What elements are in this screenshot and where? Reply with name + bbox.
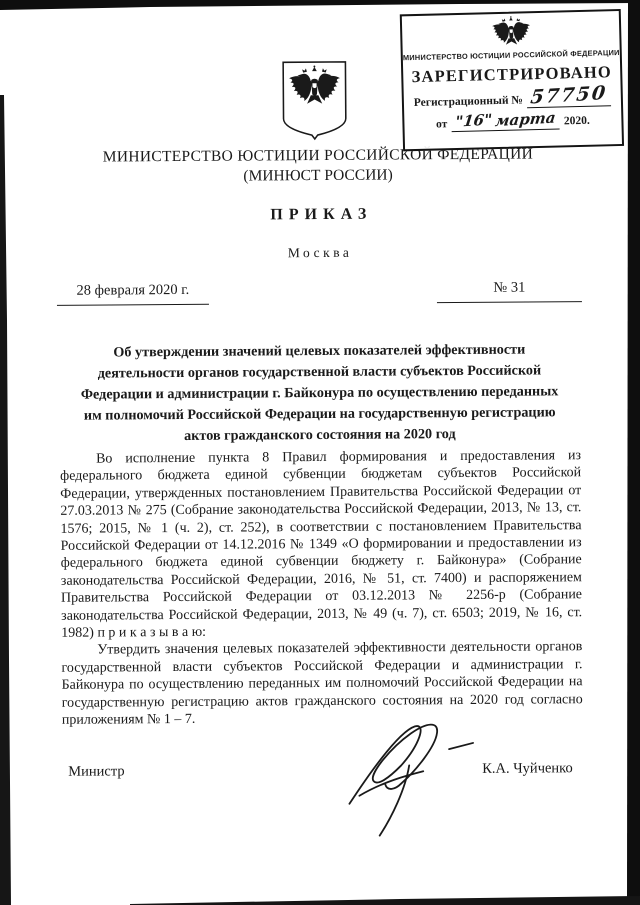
body-paragraph-1: Во исполнение пункта 8 Правил формирован… xyxy=(60,447,582,642)
header-title-block: МИНИСТЕРСТВО ЮСТИЦИИ РОССИЙСКОЙ ФЕДЕРАЦИ… xyxy=(28,145,608,187)
stamp-ministry-line: МИНИСТЕРСТВО ЮСТИЦИИ РОССИЙСКОЙ ФЕДЕРАЦИ… xyxy=(403,48,620,62)
stamp-registration-number-row: Регистрационный № 57750 xyxy=(404,85,621,111)
stamp-date-row: от "16" марта 2020. xyxy=(404,109,621,133)
registration-stamp: МИНИСТЕРСТВО ЮСТИЦИИ РОССИЙСКОЙ ФЕДЕРАЦИ… xyxy=(400,9,624,151)
stamp-eagle-icon xyxy=(489,14,532,49)
city-label: Москва xyxy=(29,243,609,263)
coat-of-arms-icon xyxy=(278,58,351,145)
subject-line: им полномочий Российской Федерации на го… xyxy=(42,402,598,427)
body-text: Во исполнение пункта 8 Правил формирован… xyxy=(60,447,583,729)
signature-scribble xyxy=(337,713,488,842)
signer-name: К.А. Чуйченко xyxy=(482,760,573,778)
document-page: МИНИСТЕРСТВО ЮСТИЦИИ РОССИЙСКОЙ ФЕДЕРАЦИ… xyxy=(0,0,640,905)
stamp-reg-number-value: 57750 xyxy=(527,85,612,108)
document-type-title: ПРИКАЗ xyxy=(28,204,608,226)
document-number: № 31 xyxy=(437,279,582,303)
stamp-reg-number-label: Регистрационный № xyxy=(414,93,523,111)
subject-heading: Об утверждении значений целевых показате… xyxy=(41,339,598,448)
ministry-short-name: (МИНЮСТ РОССИИ) xyxy=(28,165,608,187)
body-paragraph-2: Утвердить значения целевых показателей э… xyxy=(61,639,583,730)
stamp-date-year: 2020. xyxy=(564,114,590,130)
stamp-date-handwritten: "16" марта xyxy=(451,110,560,132)
document-content: МИНИСТЕРСТВО ЮСТИЦИИ РОССИЙСКОЙ ФЕДЕРАЦИ… xyxy=(0,0,640,905)
signer-position: Министр xyxy=(68,763,124,780)
stamp-date-prefix: от xyxy=(436,117,448,132)
subject-line: актов гражданского состояния на 2020 год xyxy=(42,423,598,448)
document-date: 28 февраля 2020 г. xyxy=(57,282,209,306)
